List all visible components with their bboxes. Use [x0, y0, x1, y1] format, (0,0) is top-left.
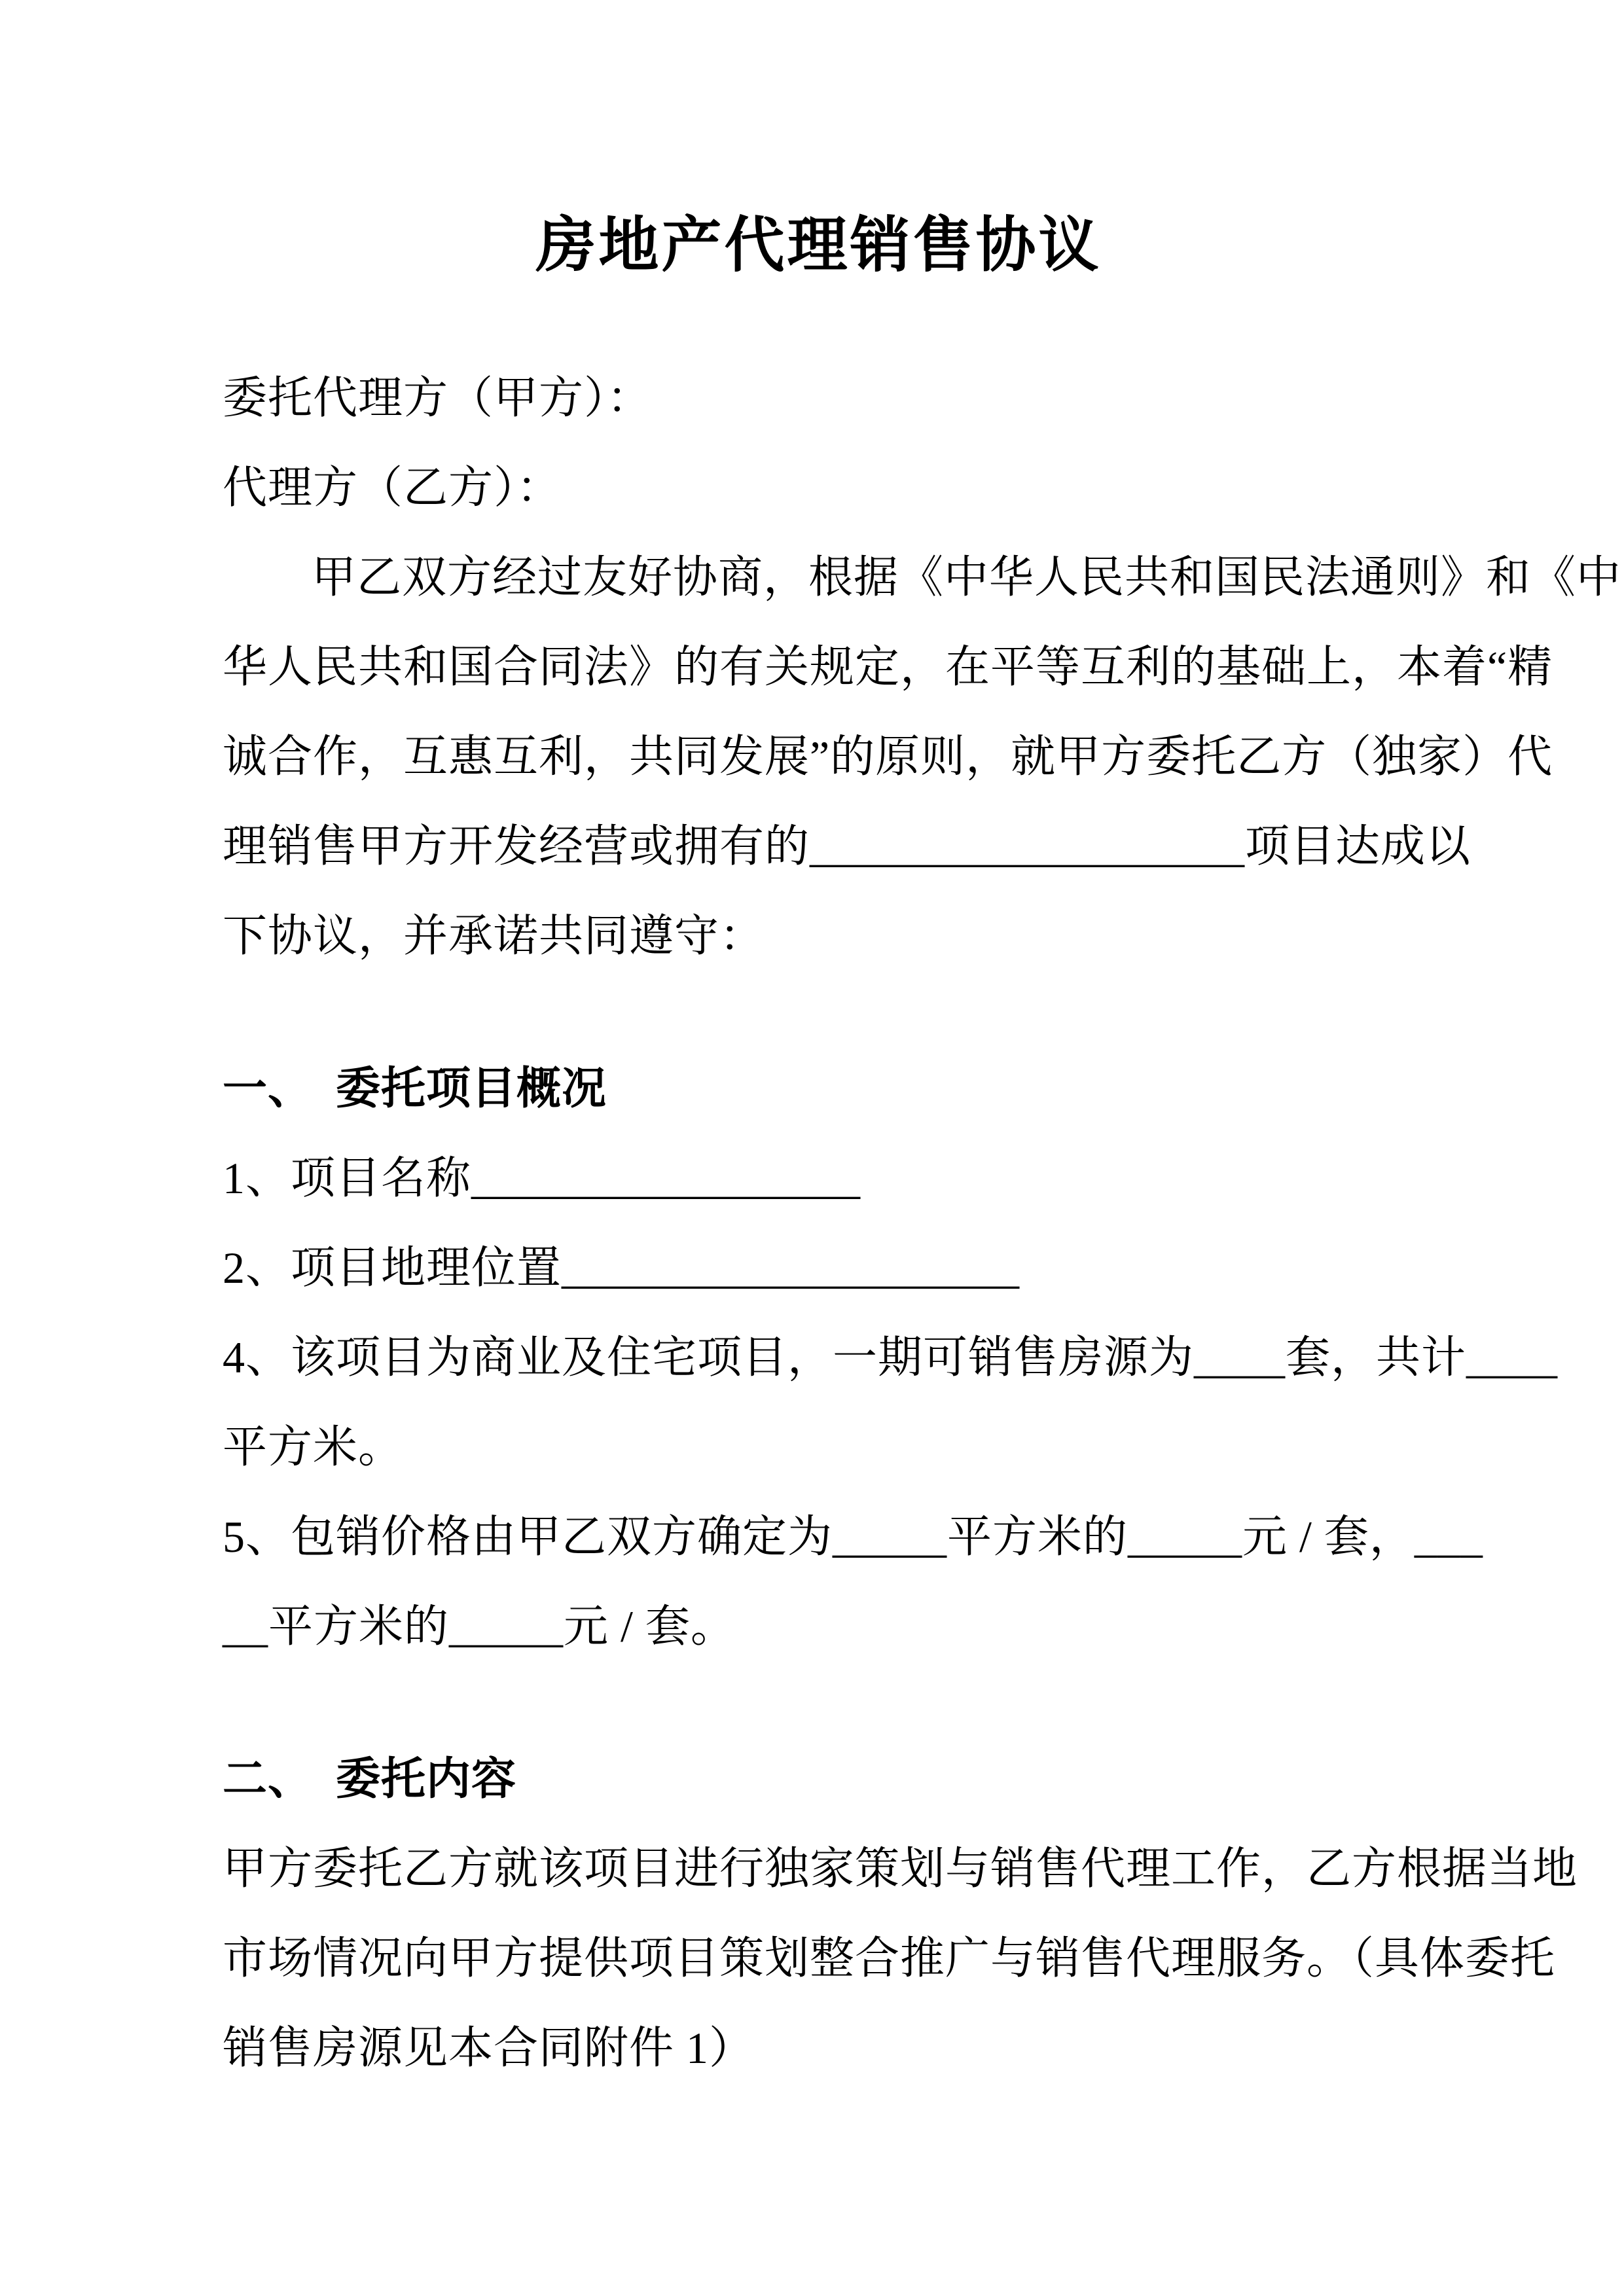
section1-item1: 1、项目名称_________________ [223, 1134, 1415, 1223]
document-page: 房地产代理销售协议 委托代理方（甲方）： 代理方（乙方）： 甲乙双方经过友好协商… [0, 0, 1624, 2296]
section2-line-3: 销售房源见本合同附件 1） [223, 2003, 1415, 2093]
section1-item5-line1: 5、包销价格由甲乙双方确定为_____平方米的_____元 / 套，___ [223, 1492, 1415, 1582]
section1-item4-line2: 平方米。 [223, 1403, 1415, 1492]
intro-line-5: 下协议，并承诺共同遵守： [223, 891, 1415, 981]
section2-line-2: 市场情况向甲方提供项目策划整合推广与销售代理服务。（具体委托 [223, 1914, 1415, 2003]
intro-paragraph: 甲乙双方经过友好协商，根据《中华人民共和国民法通则》和《中 华人民共和国合同法》… [223, 533, 1415, 981]
section1-item2: 2、项目地理位置____________________ [223, 1223, 1415, 1313]
section2-heading: 二、 委托内容 [223, 1734, 1415, 1824]
intro-line-4: 理销售甲方开发经营或拥有的___________________项目达成以 [223, 802, 1415, 891]
intro-line-3: 诚合作，互惠互利，共同发展”的原则，就甲方委托乙方（独家）代 [223, 712, 1415, 802]
party-a-line: 委托代理方（甲方）： [223, 353, 1415, 443]
section1-heading: 一、 委托项目概况 [223, 1044, 1415, 1134]
section2-line-1: 甲方委托乙方就该项目进行独家策划与销售代理工作，乙方根据当地 [223, 1824, 1415, 1914]
section2-body: 甲方委托乙方就该项目进行独家策划与销售代理工作，乙方根据当地 市场情况向甲方提供… [223, 1824, 1415, 2093]
party-b-line: 代理方（乙方）： [223, 443, 1415, 533]
section1-item4-line1: 4、该项目为商业及住宅项目，一期可销售房源为____套，共计____ [223, 1313, 1415, 1403]
section1-body: 1、项目名称_________________ 2、项目地理位置________… [223, 1134, 1415, 1672]
intro-line-1: 甲乙双方经过友好协商，根据《中华人民共和国民法通则》和《中 [223, 533, 1415, 622]
document-body: 委托代理方（甲方）： 代理方（乙方）： 甲乙双方经过友好协商，根据《中华人民共和… [223, 353, 1415, 2093]
section1-item5-line2: __平方米的_____元 / 套。 [223, 1582, 1415, 1672]
intro-line-2: 华人民共和国合同法》的有关规定，在平等互利的基础上，本着“精 [223, 622, 1415, 712]
page-title: 房地产代理销售协议 [223, 209, 1415, 281]
document-content: 房地产代理销售协议 委托代理方（甲方）： 代理方（乙方）： 甲乙双方经过友好协商… [0, 209, 1624, 2093]
